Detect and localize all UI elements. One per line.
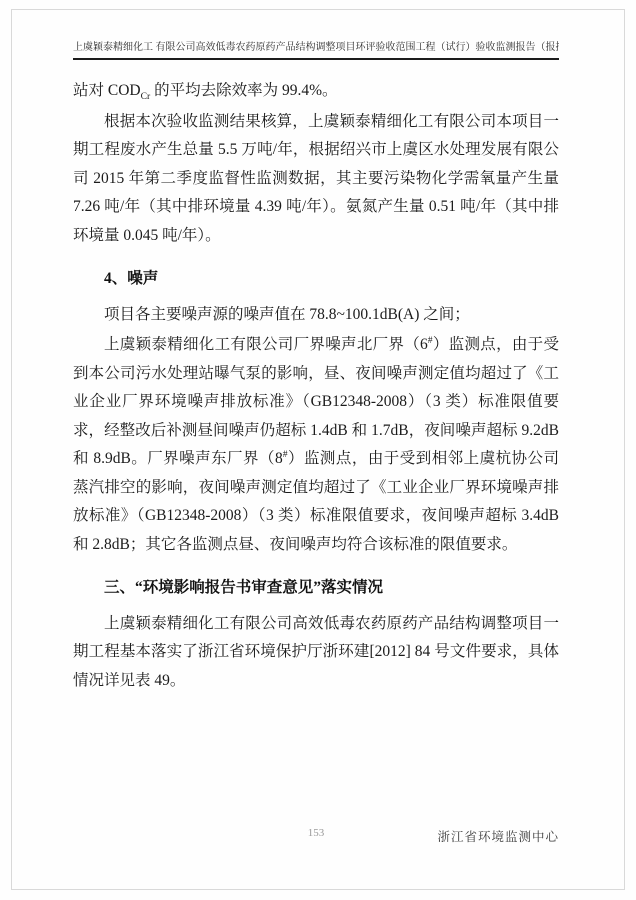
content-column: 上虞颖泰精细化工 有限公司高效低毒农药原药产品结构调整项目环评验收范围工程（试行… xyxy=(73,38,559,697)
page-number: 153 xyxy=(308,827,325,839)
footer-organization: 浙江省环境监测中心 xyxy=(437,827,559,845)
section-heading: 三、“环境影响报告书审查意见”落实情况 xyxy=(73,574,559,603)
page-footer: 153 浙江省环境监测中心 xyxy=(73,827,559,847)
running-header-title: 上虞颖泰精细化工 有限公司高效低毒农药原药产品结构调整项目环评验收范围工程（试行… xyxy=(73,38,559,60)
section-heading: 4、噪声 xyxy=(73,265,559,294)
paragraph: 上虞颖泰精细化工有限公司厂界噪声北厂界（6#）监测点，由于受到本公司污水处理站曝… xyxy=(73,331,559,559)
document-body: 站对 CODCr 的平均去除效率为 99.4%。根据本次验收监测结果核算，上虞颖… xyxy=(73,60,559,695)
paragraph: 根据本次验收监测结果核算，上虞颖泰精细化工有限公司本项目一期工程废水产生总量 5… xyxy=(73,108,559,251)
paragraph: 上虞颖泰精细化工有限公司高效低毒农药原药产品结构调整项目一期工程基本落实了浙江省… xyxy=(73,610,559,696)
paragraph: 站对 CODCr 的平均去除效率为 99.4%。 xyxy=(73,77,559,106)
document-page: 上虞颖泰精细化工 有限公司高效低毒农药原药产品结构调整项目环评验收范围工程（试行… xyxy=(0,0,636,900)
paragraph: 项目各主要噪声源的噪声值在 78.8~100.1dB(A) 之间； xyxy=(73,301,559,330)
